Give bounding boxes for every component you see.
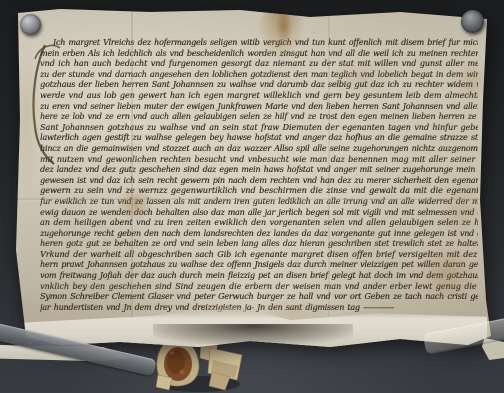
manuscript-line: mit nutzen vnd gewonlichen rechten besuc… bbox=[40, 155, 478, 166]
manuscript-text: Ich margret Vlreichs dez hofermangels se… bbox=[40, 38, 478, 315]
manuscript-line: Sant Johannsen gotzhaus zu walhse vnd an… bbox=[40, 123, 478, 134]
parchment-sheet: Ich margret Vlreichs dez hofermangels se… bbox=[13, 7, 491, 348]
manuscript-line: mein erben Als ich ledchlich als vnd bes… bbox=[40, 49, 478, 60]
manuscript-line: hincz an die gemainwisen vnd stozzet auc… bbox=[40, 144, 478, 155]
manuscript-line: ewig dauon ze wenden doch behalten also … bbox=[40, 208, 478, 219]
manuscript-line: Symon Schreiber Clement Glaser vnd peter… bbox=[40, 292, 478, 303]
fastener-pin-top-right bbox=[461, 10, 484, 33]
seal-small-piece bbox=[156, 375, 172, 390]
manuscript-line: vnd ich han auch bedacht vnd furgenomen … bbox=[40, 59, 478, 70]
manuscript-line: lawterlich agen gestift zu walhse gelege… bbox=[40, 133, 478, 144]
manuscript-line: werde vnd aus lob gen gewert han ich ege… bbox=[40, 91, 478, 102]
charter-photograph: Ich margret Vlreichs dez hofermangels se… bbox=[0, 0, 504, 393]
manuscript-line: gewesen ist vnd daz ich sein recht gewer… bbox=[40, 176, 478, 187]
manuscript-line: zugehorunge recht geben den nach dem lan… bbox=[40, 229, 478, 240]
manuscript-line: vom freitwang Jofiah der daz auch durch … bbox=[40, 271, 478, 282]
manuscript-line: Vrkund der warheit all obgeschriben sach… bbox=[40, 250, 478, 261]
manuscript-line: gotzhaus der lieben herren Sant Johannse… bbox=[40, 80, 478, 91]
manuscript-line: zu eren vnd seiner lieben muter der ewig… bbox=[40, 102, 478, 113]
seal-wax-speckle bbox=[180, 370, 185, 375]
manuscript-line: jar hundertisten vnd Jn dem drey vnd dre… bbox=[40, 303, 478, 314]
manuscript-line: zu der stunde vnd darnach angesehen den … bbox=[40, 70, 478, 81]
manuscript-line: Ich margret Vlreichs dez hofermangels se… bbox=[40, 38, 478, 49]
manuscript-line: vnklich bey den geschehen sind Sind zeug… bbox=[40, 282, 478, 293]
vertical-crease bbox=[328, 7, 331, 348]
fold-shadow-gap bbox=[153, 324, 353, 344]
manuscript-line: dez landez vnd dez gutz geschehen sind d… bbox=[40, 165, 478, 176]
manuscript-line: an dem heiligen abent vnd zu iren zeiten… bbox=[40, 218, 478, 229]
manuscript-line: hern prawt Johannsen gotzhaus zu walhse … bbox=[40, 260, 478, 271]
seal-wax-speckle bbox=[170, 351, 174, 355]
fastener-pin-top-left bbox=[20, 14, 41, 35]
vertical-crease bbox=[131, 7, 134, 348]
manuscript-line: heren gotz gut ze behalten ze ord vnd se… bbox=[40, 239, 478, 250]
manuscript-line: here ze lob vnd ze ern vnd auch allen ge… bbox=[40, 112, 478, 123]
manuscript-line: gewern zu sein vnd ze wernzz gegenwurtik… bbox=[40, 186, 478, 197]
horizontal-crease bbox=[13, 198, 491, 201]
